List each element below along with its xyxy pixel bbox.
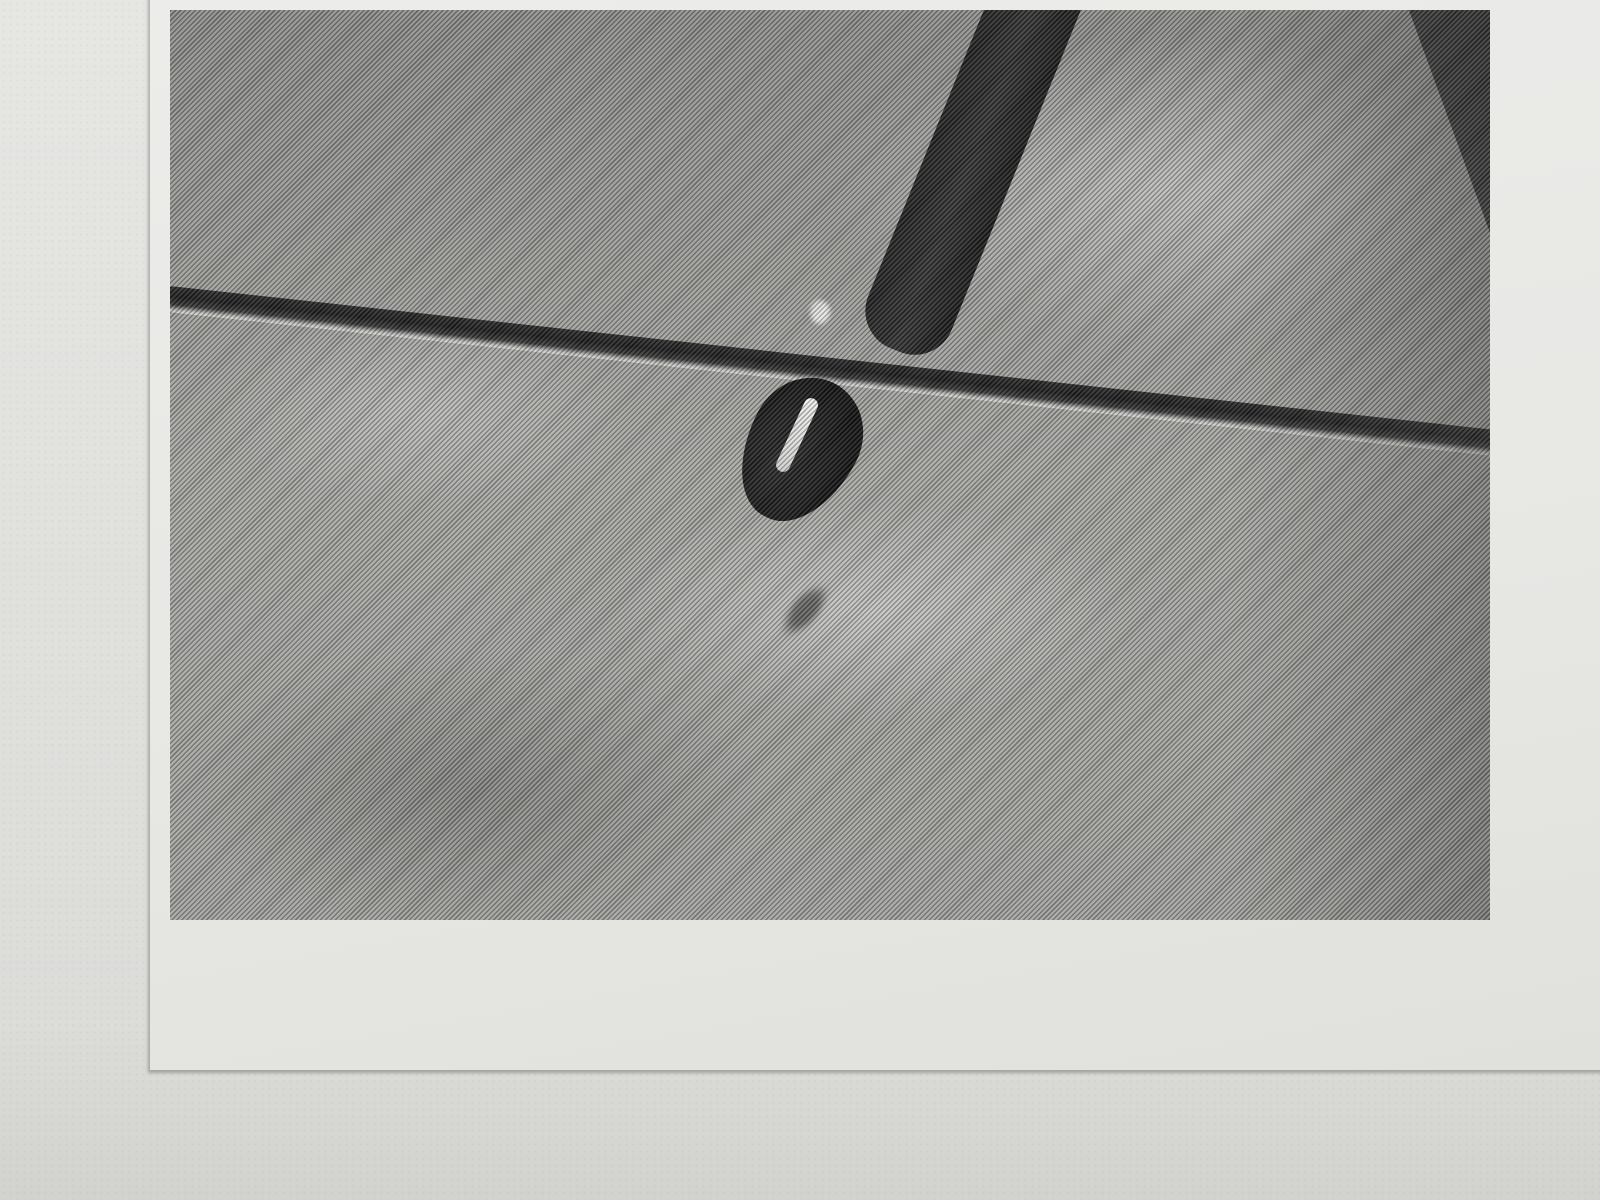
halftone-photo xyxy=(170,10,1490,920)
halftone-screen xyxy=(170,10,1490,920)
